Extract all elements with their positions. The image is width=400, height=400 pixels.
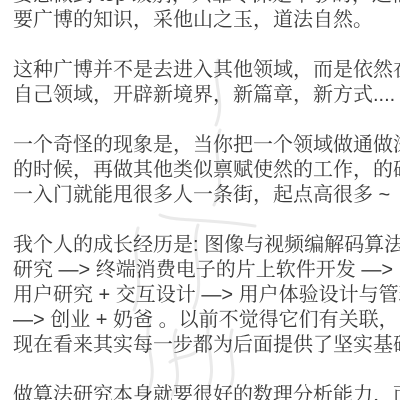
text-line: 这种广博并不是去进入其他领域，而是依然在 (13, 58, 387, 83)
text-line: 现在看来其实每一步都为后面提供了坚实基础 (13, 333, 387, 358)
text-line: 研究 —> 终端消费电子的片上软件开发 —> (13, 258, 387, 283)
text-line: 我个人的成长经历是: 图像与视频编解码算法 (13, 233, 387, 258)
text-line: 一入门就能甩很多人一条街，起点高很多 ~ (13, 183, 387, 208)
paragraph: 做算法研究本身就要很好的数理分析能力，而 (13, 383, 387, 400)
paragraph: 我个人的成长经历是: 图像与视频编解码算法 研究 —> 终端消费电子的片上软件开… (13, 233, 387, 358)
paragraph: 这种广博并不是去进入其他领域，而是依然在 自己领域，开辟新境界，新篇章，新方式.… (13, 58, 387, 108)
text-line: 要想做到 top 级别，只靠专深是不够的，还需 (13, 0, 387, 8)
text-line: 要广博的知识，采他山之玉，道法自然。 (13, 8, 387, 33)
text-line: 做算法研究本身就要很好的数理分析能力，而 (13, 383, 387, 400)
text-line: 一个奇怪的现象是，当你把一个领域做通做深 (13, 133, 387, 158)
paragraph: 要想做到 top 级别，只靠专深是不够的，还需 要广博的知识，采他山之玉，道法自… (13, 0, 387, 33)
paragraph: 一个奇怪的现象是，当你把一个领域做通做深 的时候，再做其他类似禀赋使然的工作，的… (13, 133, 387, 208)
text-line: —> 创业 + 奶爸 。以前不觉得它们有关联， (13, 308, 387, 333)
text-line: 的时候，再做其他类似禀赋使然的工作，的确 (13, 158, 387, 183)
text-line: 用户研究 + 交互设计 —> 用户体验设计与管理 (13, 283, 387, 308)
text-line: 自己领域，开辟新境界，新篇章，新方式.... (13, 83, 387, 108)
article-body: 要想做到 top 级别，只靠专深是不够的，还需 要广博的知识，采他山之玉，道法自… (0, 0, 400, 400)
